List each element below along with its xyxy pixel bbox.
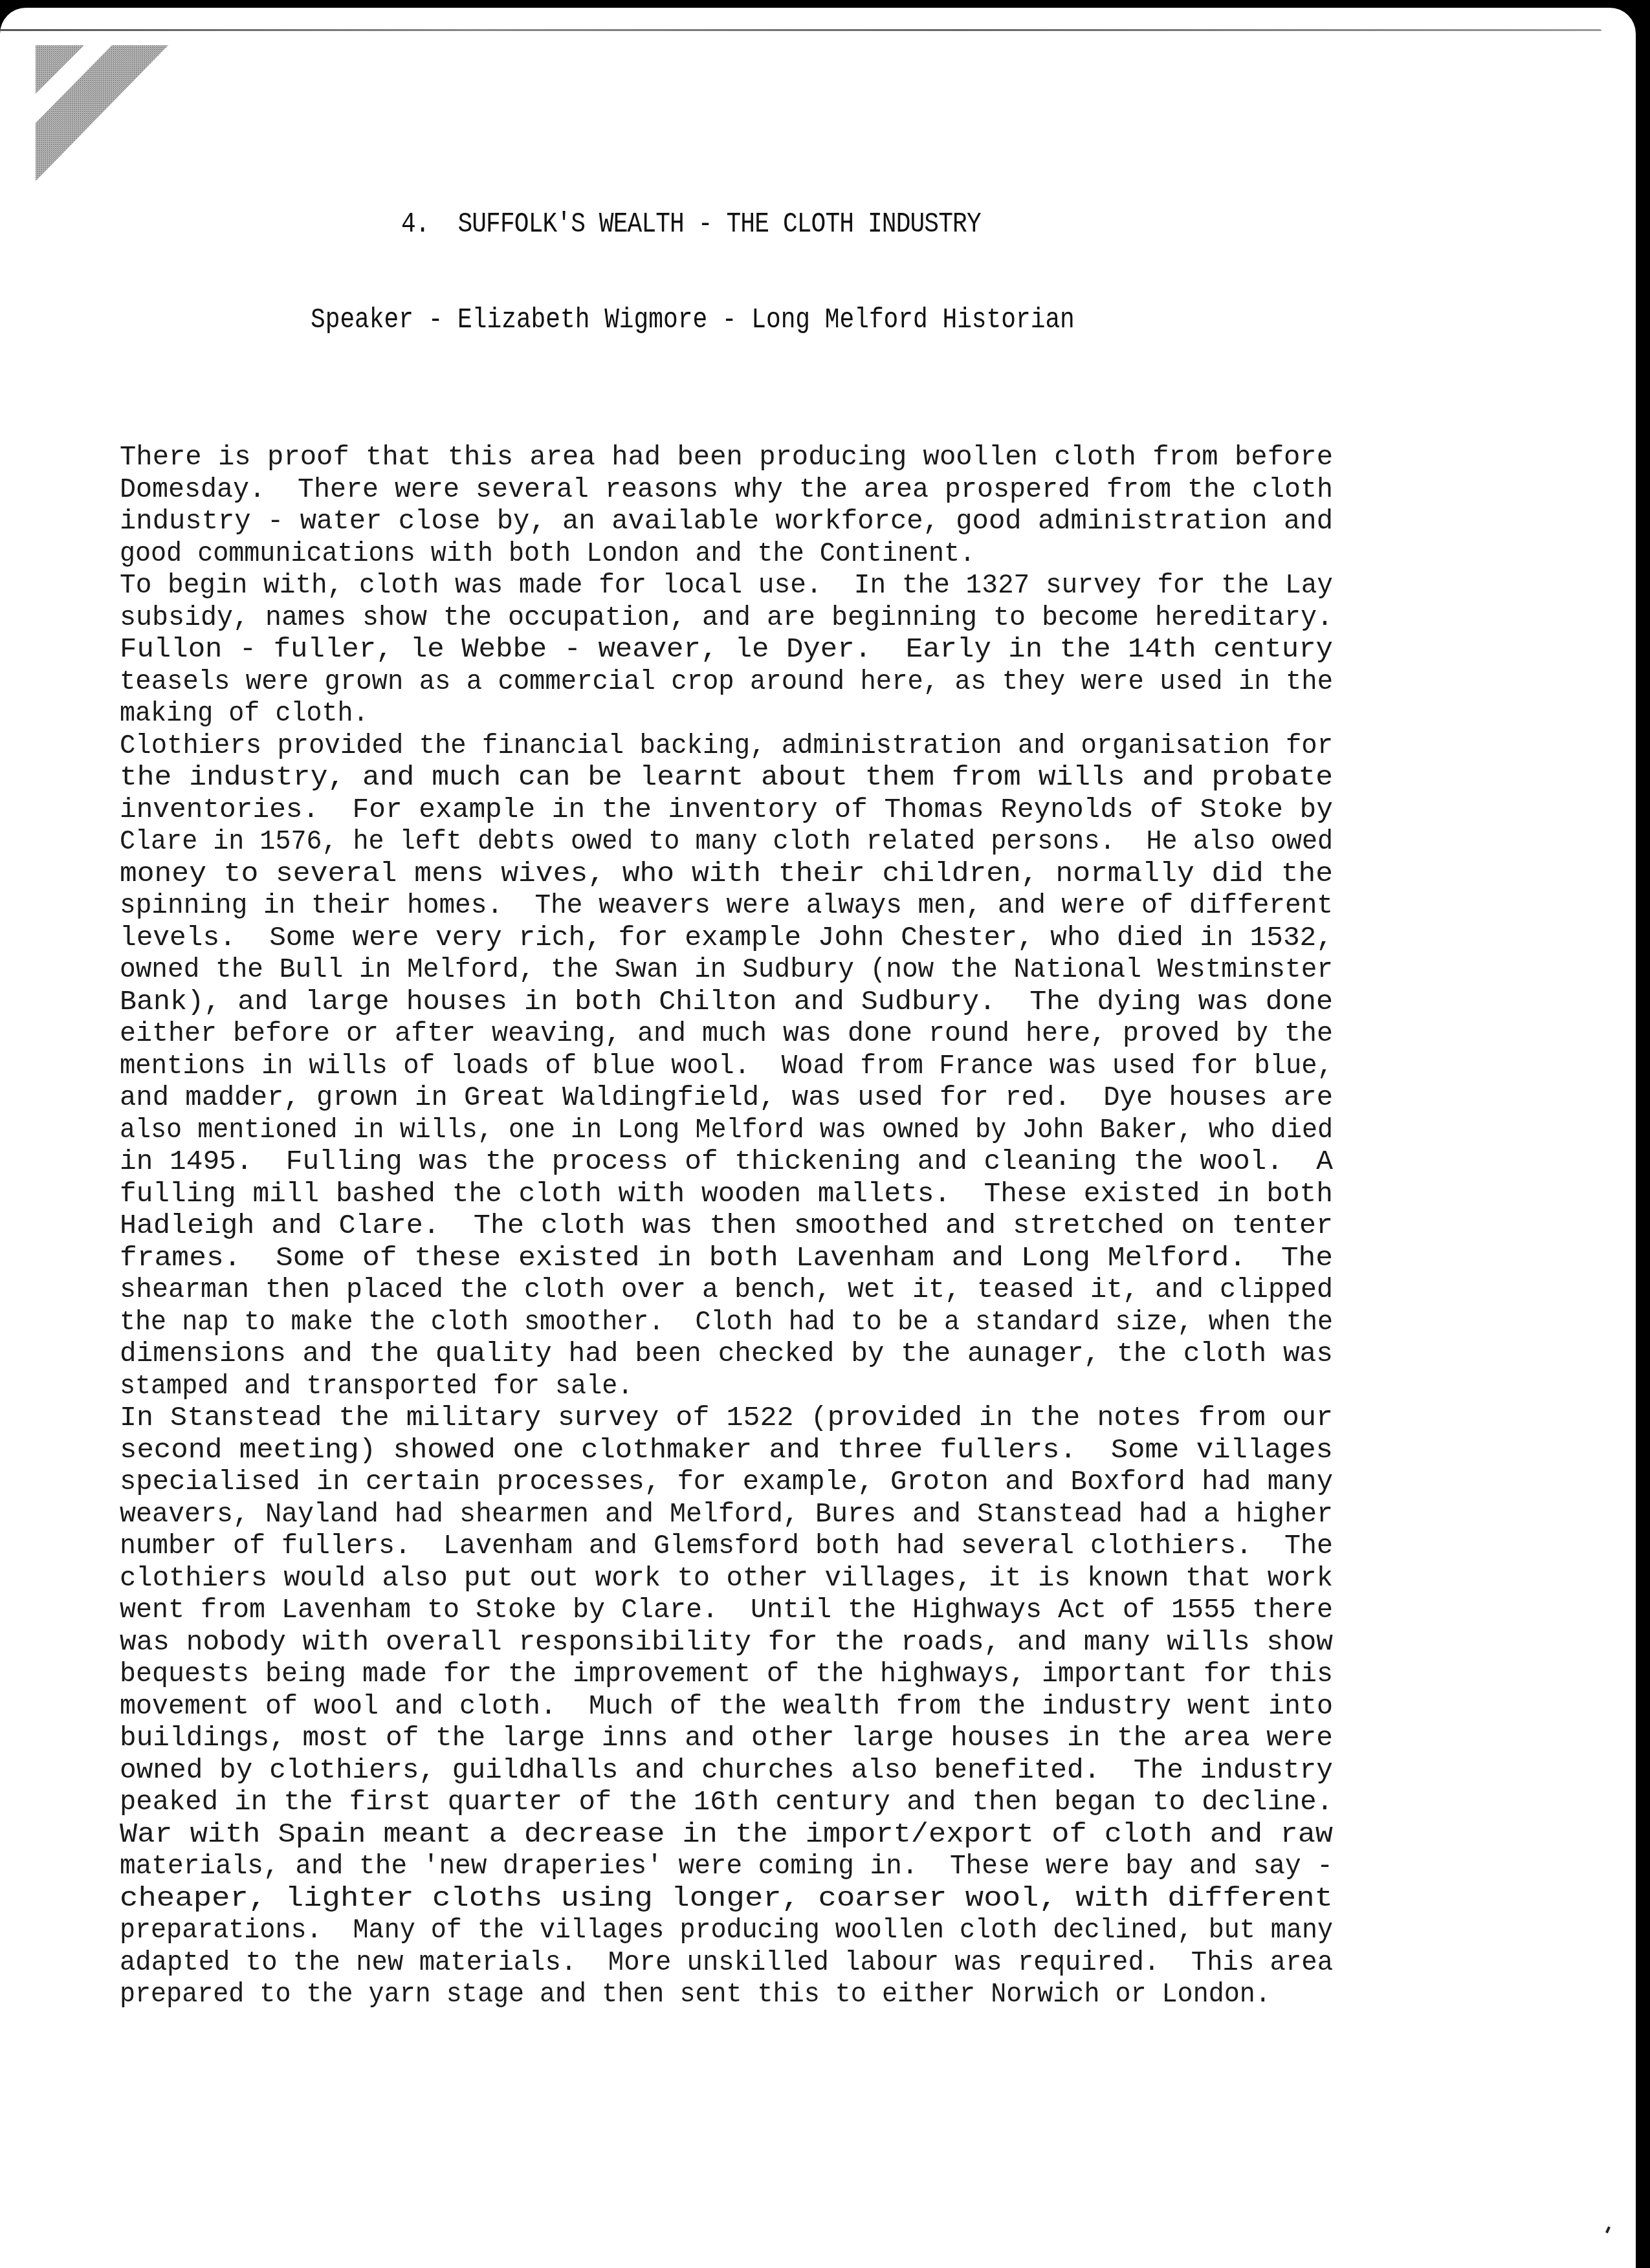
body-line: buildings, most of the large inns and ot… [120,1722,1333,1754]
body-line: owned by clothiers, guildhalls and churc… [120,1754,1333,1787]
body-line: weavers, Nayland had shearmen and Melfor… [120,1498,1333,1531]
body-line: spinning in their homes. The weavers wer… [120,889,1333,922]
body-line: number of fullers. Lavenham and Glemsfor… [120,1530,1333,1562]
body-line: shearman then placed the cloth over a be… [120,1274,1333,1306]
body-line: inventories. For example in the inventor… [120,794,1333,826]
page-title: 4. SUFFOLK'S WEALTH - THE CLOTH INDUSTRY [401,208,1069,241]
body-line: levels. Some were very rich, for example… [120,922,1333,954]
body-line: good communications with both London and… [120,538,1333,570]
body-line: was nobody with overall responsibility f… [120,1626,1333,1659]
diagonal-stripes-icon [36,45,171,188]
body-line: In Stanstead the military survey of 1522… [120,1402,1333,1434]
speaker-subtitle: Speaker - Elizabeth Wigmore - Long Melfo… [311,304,1090,336]
body-line: Domesday. There were several reasons why… [120,474,1333,506]
scan-speck [1605,2227,1611,2234]
body-line: owned the Bull in Melford, the Swan in S… [120,954,1333,986]
body-line: mentions in wills of loads of blue wool.… [120,1050,1333,1082]
scanned-page: 4. SUFFOLK'S WEALTH - THE CLOTH INDUSTRY… [0,8,1636,2268]
body-line: either before or after weaving, and much… [120,1018,1333,1050]
body-line: Clare in 1576, he left debts owed to man… [120,825,1333,858]
body-line: second meeting) showed one clothmaker an… [120,1434,1333,1467]
body-line: Hadleigh and Clare. The cloth was then s… [120,1210,1333,1242]
body-line: industry - water close by, an available … [120,505,1333,538]
body-line: To begin with, cloth was made for local … [120,569,1333,602]
body-line: Bank), and large houses in both Chilton … [120,986,1333,1018]
body-line: movement of wool and cloth. Much of the … [120,1690,1333,1723]
body-line: frames. Some of these existed in both La… [120,1242,1333,1274]
body-line: the nap to make the cloth smoother. Clot… [120,1306,1333,1338]
body-line: also mentioned in wills, one in Long Mel… [120,1114,1333,1146]
body-line: There is proof that this area had been p… [120,441,1333,474]
body-line: bequests being made for the improvement … [120,1658,1333,1690]
body-line: money to several mens wives, who with th… [120,858,1333,890]
body-line: clothiers would also put out work to oth… [120,1562,1333,1595]
body-line: peaked in the first quarter of the 16th … [120,1786,1333,1818]
body-line: and madder, grown in Great Waldingfield,… [120,1082,1333,1114]
body-line: materials, and the 'new draperies' were … [120,1850,1333,1882]
document-body: There is proof that this area had been p… [120,441,1333,2011]
body-line: Clothiers provided the financial backing… [120,730,1333,762]
body-line: specialised in certain processes, for ex… [120,1466,1333,1498]
body-line: teasels were grown as a commercial crop … [120,666,1333,698]
body-line: fulling mill bashed the cloth with woode… [120,1178,1333,1210]
body-line: in 1495. Fulling was the process of thic… [120,1146,1333,1178]
scan-edge-rule [0,29,1601,31]
body-line: stamped and transported for sale. [120,1370,1333,1402]
body-line: preparations. Many of the villages produ… [120,1914,1333,1946]
body-line: dimensions and the quality had been chec… [120,1338,1333,1370]
body-line: prepared to the yarn stage and then sent… [120,1978,1333,2011]
body-line: adapted to the new materials. More unski… [120,1946,1333,1979]
body-line: Fullon - fuller, le Webbe - weaver, le D… [120,633,1333,666]
body-line: went from Lavenham to Stoke by Clare. Un… [120,1594,1333,1626]
body-line: War with Spain meant a decrease in the i… [120,1818,1333,1851]
body-line: making of cloth. [120,697,1333,730]
body-line: the industry, and much can be learnt abo… [120,761,1333,794]
body-line: subsidy, names show the occupation, and … [120,602,1333,634]
body-line: cheaper, lighter cloths using longer, co… [120,1882,1333,1915]
